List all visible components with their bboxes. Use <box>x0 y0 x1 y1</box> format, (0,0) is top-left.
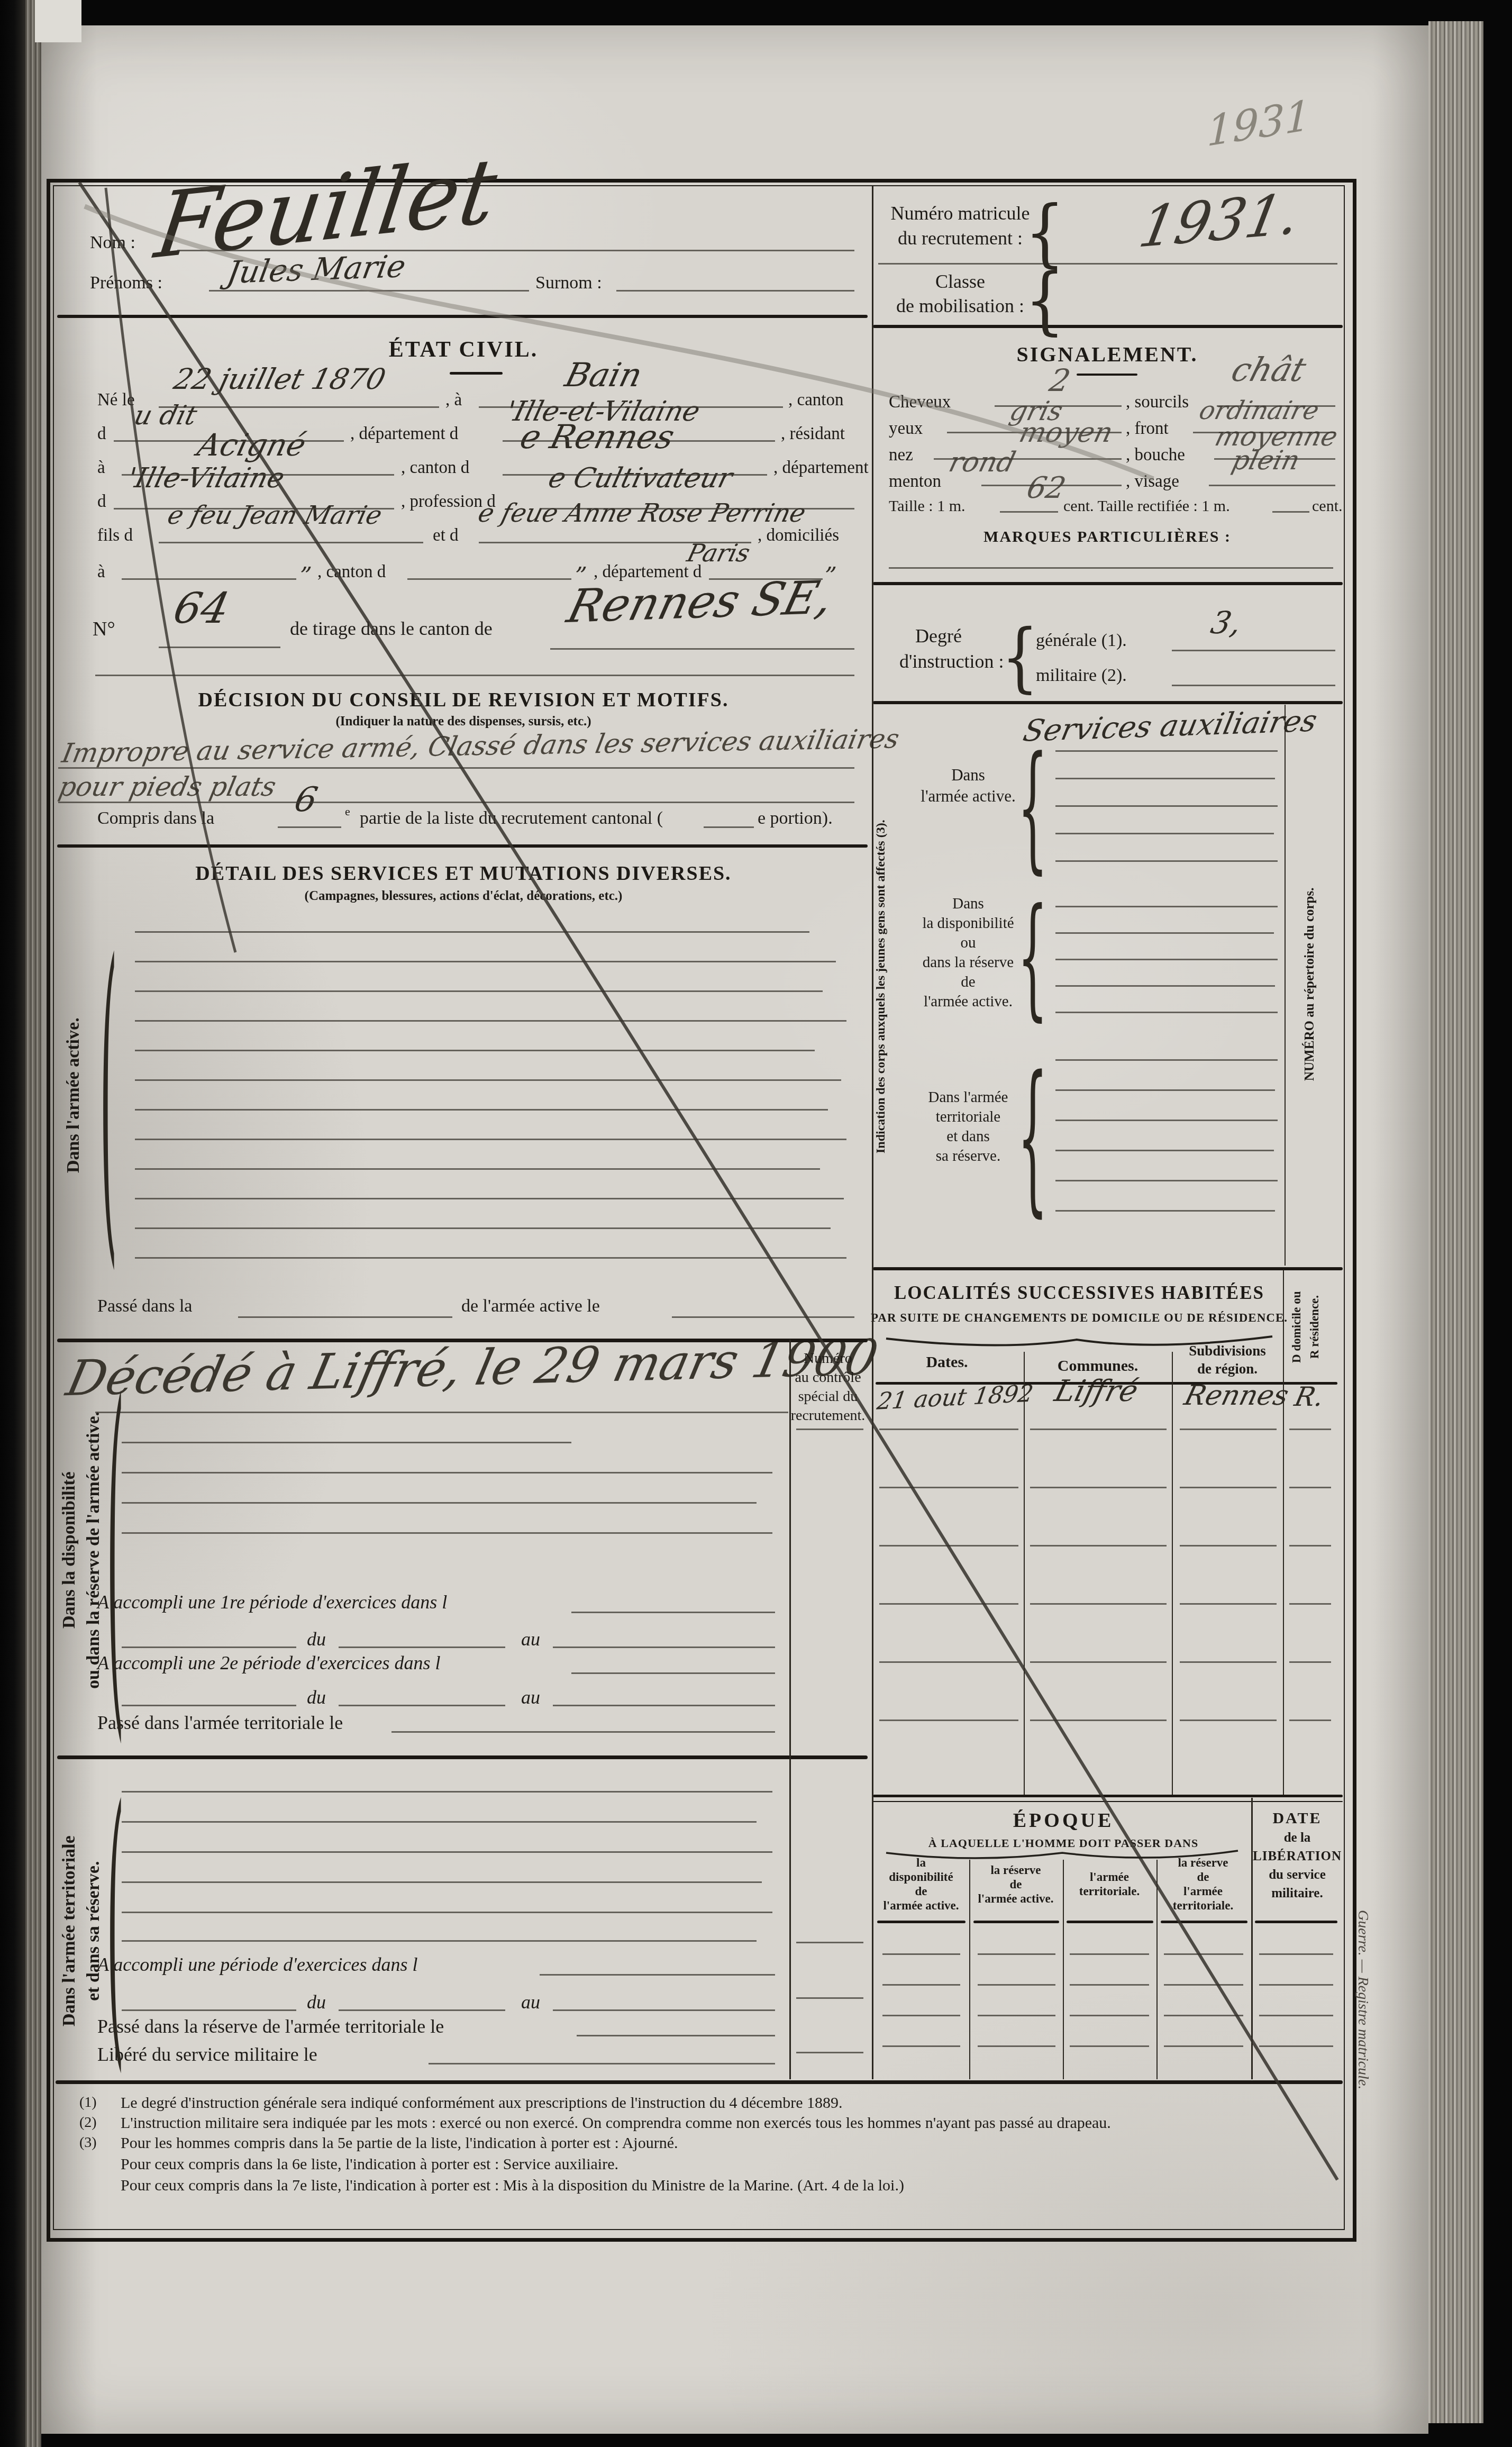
front-label: , front <box>1126 419 1169 439</box>
ruled-line <box>1180 1545 1277 1547</box>
ruled-line <box>407 578 571 580</box>
footnote-marker-2: (2) <box>79 2114 97 2131</box>
ruled-line <box>1259 2045 1333 2047</box>
yeux-label: yeux <box>889 419 923 439</box>
tirage-text: de tirage dans le canton de <box>290 618 493 639</box>
heavy-rule <box>57 844 868 848</box>
ruled-line <box>879 1487 1018 1488</box>
heavy-rule <box>873 325 1343 328</box>
residant-label: , résidant <box>781 424 845 444</box>
ruled-line <box>503 474 767 476</box>
ruled-line <box>278 826 341 828</box>
brace: { <box>1025 258 1065 343</box>
canton-label: , canton <box>788 390 843 410</box>
ruled-line <box>934 458 1122 460</box>
underlying-page-corner <box>35 0 81 42</box>
heavy-rule <box>1077 374 1137 376</box>
ruled-line <box>981 485 1122 486</box>
departement2-label: , département <box>773 458 869 478</box>
ruled-line <box>796 1429 863 1430</box>
column-divider <box>1063 1860 1064 2079</box>
ruled-line <box>1030 1545 1167 1547</box>
ruled-line <box>796 1942 863 1943</box>
localites-col-subdiv1: Subdivisions <box>1189 1343 1266 1359</box>
ruled-line <box>1055 985 1275 987</box>
epoque-c2-l3: l'armée active. <box>978 1892 1053 1906</box>
ruled-line <box>1259 2015 1333 2016</box>
ruled-line <box>135 990 823 992</box>
ruled-line <box>1259 1953 1333 1955</box>
ruled-line <box>95 1412 788 1413</box>
handwritten-front: ordinaire <box>1197 398 1322 423</box>
heavy-rule <box>1255 1921 1337 1923</box>
ruled-line <box>1055 932 1274 934</box>
ruled-line <box>889 567 1333 569</box>
ruled-line <box>159 647 280 648</box>
ruled-line <box>796 2052 863 2053</box>
ruled-line <box>540 508 854 510</box>
ruled-line <box>879 1429 1018 1430</box>
ruled-line <box>1172 685 1335 686</box>
handwritten-birth-date: 22 juillet 1870 <box>171 365 388 394</box>
ruled-line <box>122 2009 296 2011</box>
brace: { <box>1017 726 1048 887</box>
compris-label-1: Compris dans la <box>97 808 214 829</box>
ruled-line <box>122 1502 757 1504</box>
libere-label: Libéré du service militaire le <box>97 2044 317 2065</box>
footnote-3: Pour les hommes compris dans la 5e parti… <box>121 2134 678 2152</box>
ruled-line <box>577 2035 775 2036</box>
et-d-label: et d <box>433 526 459 545</box>
ruled-line <box>339 1647 505 1648</box>
ruled-line <box>1180 1661 1277 1663</box>
ruled-line <box>135 1257 846 1259</box>
ruled-line <box>1055 1012 1278 1013</box>
heavy-rule <box>1161 1921 1247 1923</box>
ruled-line <box>550 648 854 650</box>
au-label-2: au <box>521 1687 540 1708</box>
ruled-line <box>672 1316 854 1318</box>
heavy-rule <box>1067 1921 1153 1923</box>
ruled-line <box>135 1198 844 1199</box>
ruled-line <box>978 1984 1055 1986</box>
epoque-c1-l1: la <box>916 1856 926 1870</box>
matricule-label: Numéro matricule <box>891 203 1030 224</box>
localites-row-commune: Liffré <box>1052 1377 1141 1406</box>
classe-label2: de mobilisation : <box>896 295 1024 316</box>
localites-col-dates: Dates. <box>926 1353 968 1371</box>
ruled-line <box>553 2009 775 2011</box>
corps-g2-line5: de <box>961 974 975 990</box>
ditto-mark2: „ <box>576 550 588 574</box>
periode3-label: A accompli une période d'exercices dans … <box>97 1954 418 1975</box>
ruled-line <box>209 290 529 292</box>
brace: ( <box>99 891 117 1299</box>
ruled-line <box>122 1821 757 1823</box>
localites-col-subdiv2: de région. <box>1197 1361 1258 1377</box>
ruled-line <box>1030 1429 1167 1430</box>
services-subtitle: (Campagnes, blessures, actions d'éclat, … <box>305 889 623 904</box>
localites-col-communes: Communes. <box>1058 1357 1138 1375</box>
degre-label-1: Degré <box>915 625 962 647</box>
ruled-line <box>122 1532 772 1534</box>
ruled-line <box>339 1705 505 1706</box>
epoque-c4-l3: l'armée <box>1183 1885 1223 1898</box>
corps-g2-line6: l'armée active. <box>924 993 1013 1010</box>
signalement-title: SIGNALEMENT. <box>1016 343 1198 367</box>
d2-label: d <box>97 492 106 512</box>
epoque-date-l5: militaire. <box>1271 1886 1323 1901</box>
ruled-line <box>1217 405 1335 407</box>
ruled-line <box>879 1545 1018 1547</box>
heavy-rule <box>57 315 868 318</box>
ruled-line <box>114 508 394 510</box>
localites-subtitle: PAR SUITE DE CHANGEMENTS DE DOMICILE OU … <box>871 1311 1288 1325</box>
au-label-1: au <box>521 1629 540 1650</box>
ruled-line <box>1030 1661 1167 1663</box>
passe-armee-active-label2: de l'armée active le <box>461 1296 600 1316</box>
epoque-c4-l4: territoriale. <box>1173 1899 1233 1913</box>
corps-g1-line1: Dans <box>951 766 985 785</box>
visage-label: , visage <box>1126 472 1179 492</box>
ruled-line <box>1214 458 1335 460</box>
ruled-line <box>1055 778 1275 779</box>
heavy-rule <box>873 1267 1343 1270</box>
section3-side-label-a: Dans l'armée territoriale <box>59 1799 79 2063</box>
marques-label: MARQUES PARTICULIÈRES : <box>983 528 1231 546</box>
ruled-line <box>882 2015 960 2016</box>
epoque-subtitle: À LAQUELLE L'HOMME DOIT PASSER DANS <box>928 1837 1198 1850</box>
ruled-line <box>177 250 854 251</box>
controle-label-1: Numéro <box>804 1350 852 1367</box>
column-divider <box>1024 1352 1025 1795</box>
ruled-line <box>1030 1720 1167 1721</box>
du-label-1: du <box>307 1629 326 1650</box>
localites-col-dr1: D domicile ou <box>1290 1274 1304 1380</box>
ruled-line <box>1289 1429 1331 1430</box>
nez-label: nez <box>889 445 913 465</box>
ruled-line <box>135 1109 828 1111</box>
canton-d2-label: , canton d <box>317 562 386 582</box>
brace: { <box>1001 613 1039 701</box>
ruled-line <box>882 2045 960 2047</box>
ruled-line <box>122 1851 772 1853</box>
handwritten-decision-2: pour pieds plats <box>57 774 278 800</box>
ruled-line <box>135 931 809 933</box>
cheveux-label: Cheveux <box>889 393 951 412</box>
decision-subtitle: (Indiquer la nature des dispenses, sursi… <box>335 714 591 729</box>
handwritten-taille: 62 <box>1024 474 1068 503</box>
ruled-line <box>1164 2015 1243 2016</box>
corps-g3-line4: sa réserve. <box>936 1148 1000 1165</box>
menton-label: menton <box>889 472 941 492</box>
handwritten-domicile-note: Paris <box>685 541 752 565</box>
ruled-line <box>1289 1545 1331 1547</box>
epoque-c2-l1: la réserve <box>990 1863 1041 1877</box>
heavy-rule <box>56 2080 1343 2084</box>
ruled-line <box>122 1647 296 1648</box>
ruled-line <box>1055 906 1278 907</box>
ruled-line <box>616 290 854 292</box>
epoque-c4-l2: de <box>1197 1870 1209 1884</box>
heavy-rule <box>57 1339 868 1342</box>
repertoire-side-label: NUMÉRO au répertoire du corps. <box>1302 847 1317 1122</box>
handwritten-given-names: Jules Marie <box>225 251 408 288</box>
ruled-line <box>1180 1720 1277 1721</box>
nom-label: Nom : <box>90 233 135 253</box>
margin-caption-guerre: Guerre. — Registre matricule. <box>1354 1815 1371 2185</box>
etat-civil-title: ÉTAT CIVIL. <box>389 338 539 362</box>
ruled-line <box>882 1984 960 1986</box>
ruled-line <box>1055 1210 1275 1212</box>
handwritten-residence-department: 'Ille-Vilaine <box>125 465 287 492</box>
ruled-line <box>122 1940 757 1942</box>
ruled-line <box>1289 1720 1331 1721</box>
heavy-rule <box>57 1755 868 1759</box>
sourcils-label: , sourcils <box>1126 393 1189 412</box>
ruled-line <box>978 2015 1055 2016</box>
column-divider <box>789 1340 791 2079</box>
corps-g3-line3: et dans <box>946 1128 989 1145</box>
ruled-line <box>1180 1487 1277 1488</box>
page-stack-left <box>25 0 41 2447</box>
epoque-date-l3: LIBÉRATION <box>1253 1849 1342 1864</box>
ruled-line <box>339 2009 505 2011</box>
fils-d-label: fils d <box>97 526 133 545</box>
compris-label-2: partie de la liste du recrutement canton… <box>360 808 663 829</box>
taille-label: Taille : 1 m. <box>889 497 966 515</box>
localites-title: LOCALITÉS SUCCESSIVES HABITÉES <box>894 1282 1264 1303</box>
ruled-line <box>95 675 854 676</box>
ruled-line <box>122 1472 772 1473</box>
column-divider <box>1251 1798 1253 2079</box>
ruled-line <box>540 1974 775 1976</box>
footnote-marker-3: (3) <box>79 2134 97 2151</box>
handwritten-visage: plein <box>1229 447 1302 474</box>
ruled-line <box>1055 1089 1275 1091</box>
tirage-no-label: N° <box>93 618 115 641</box>
ruled-line <box>1259 1984 1333 1986</box>
localites-col-dr2: R résidence. <box>1308 1274 1322 1380</box>
controle-label-3: spécial du <box>798 1388 858 1405</box>
ruled-line <box>1070 1984 1149 1986</box>
ruled-line <box>114 440 344 442</box>
a3-label: à <box>97 562 105 582</box>
ruled-line <box>159 406 439 408</box>
ruled-line <box>1070 1953 1149 1955</box>
ruled-line <box>1289 1661 1331 1663</box>
epoque-c1-l3: de <box>915 1885 927 1898</box>
ruled-line <box>122 1912 772 1913</box>
book-binding <box>0 0 25 2447</box>
column-divider <box>1156 1860 1158 2079</box>
ruled-line <box>1164 2045 1243 2047</box>
passe-territoriale-label: Passé dans l'armée territoriale le <box>97 1712 343 1733</box>
services-title: DÉTAIL DES SERVICES ET MUTATIONS DIVERSE… <box>195 862 731 885</box>
brace: ( <box>106 1324 124 1776</box>
ruled-line <box>391 1731 775 1733</box>
ruled-line <box>704 826 754 828</box>
ruled-line <box>879 1661 1018 1663</box>
ruled-line <box>429 2063 775 2064</box>
ruled-line <box>1055 959 1278 960</box>
heavy-rule <box>876 1382 1337 1385</box>
heavy-rule <box>973 1921 1059 1923</box>
footnote-4: Pour ceux compris dans la 6e liste, l'in… <box>121 2155 618 2173</box>
epoque-c1-l4: l'armée active. <box>883 1899 959 1913</box>
brace: { <box>1017 1041 1048 1233</box>
ruled-line <box>995 405 1122 407</box>
handwritten-tirage-number: 64 <box>170 587 233 630</box>
ruled-line <box>978 1953 1055 1955</box>
ruled-line <box>1272 511 1309 513</box>
ruled-line <box>58 767 854 769</box>
ruled-line <box>1030 1603 1167 1605</box>
brace: { <box>1017 879 1048 1034</box>
heavy-rule <box>873 1795 1343 1797</box>
a2-label: à <box>97 458 105 478</box>
ruled-line <box>58 802 854 803</box>
handwritten-tirage-canton: Rennes SE, <box>563 575 837 630</box>
militaire-label: militaire (2). <box>1036 666 1127 686</box>
ruled-line <box>1172 650 1335 651</box>
passe-reserve-territoriale-label: Passé dans la réserve de l'armée territo… <box>97 2016 444 2037</box>
handwritten-residence-canton: e Rennes <box>517 421 678 453</box>
canton-d-label: , canton d <box>401 458 469 478</box>
ruled-line <box>1055 860 1278 862</box>
ruled-line <box>1070 2015 1149 2016</box>
ruled-line <box>135 1020 846 1022</box>
localites-row-dr: R. <box>1292 1384 1326 1410</box>
generale-label: générale (1). <box>1036 631 1127 651</box>
heavy-rule <box>873 1801 1343 1802</box>
ne-le-label: Né le <box>97 390 135 410</box>
ruled-line <box>122 1881 762 1883</box>
corps-g2-line4: dans la réserve <box>923 954 1014 971</box>
footnote-marker-1: (1) <box>79 2094 97 2111</box>
epoque-date-l1: DATE <box>1272 1809 1322 1827</box>
d-label: d <box>97 424 106 444</box>
du-label-3: du <box>307 1991 326 2013</box>
ruled-line <box>122 1705 296 1706</box>
handwritten-birth-place: Bain <box>562 359 645 392</box>
epoque-c1-l2: disponibilité <box>889 1870 953 1884</box>
ruled-line <box>503 440 775 442</box>
corps-g1-line2: l'armée active. <box>921 787 1015 806</box>
ruled-line <box>159 542 423 543</box>
ruled-line <box>1193 432 1335 433</box>
corps-side-label: Indication des corps auxquels les jeunes… <box>874 714 888 1259</box>
ruled-line <box>1289 1603 1331 1605</box>
epoque-title: ÉPOQUE <box>1013 1809 1114 1832</box>
ruled-line <box>1055 750 1278 752</box>
ruled-line <box>1164 1953 1243 1955</box>
departement-label: , département d <box>350 424 458 444</box>
epoque-c3-l1: l'armée <box>1090 1870 1129 1884</box>
periode2-label: A accompli une 2e période d'exercices da… <box>97 1652 441 1673</box>
controle-label-2: au contrôle <box>795 1369 861 1386</box>
corps-g2-line1: Dans <box>952 895 984 912</box>
ruled-line <box>1180 1429 1277 1430</box>
handwritten-sourcils: chât <box>1228 353 1309 386</box>
ruled-line <box>479 406 783 408</box>
ruled-line <box>978 2045 1055 2047</box>
column-divider <box>969 1860 970 2079</box>
brace: ( <box>106 1746 124 2099</box>
ruled-line <box>879 1603 1018 1605</box>
heavy-rule <box>873 582 1343 585</box>
ruled-line <box>1289 1487 1331 1488</box>
taille-label-3: cent. <box>1312 497 1342 515</box>
ruled-line <box>709 578 823 580</box>
ruled-line <box>122 474 394 476</box>
ruled-line <box>122 578 296 580</box>
ruled-line <box>796 1997 863 1999</box>
ruled-line <box>238 1316 452 1318</box>
footnote-5: Pour ceux compris dans la 7e liste, l'in… <box>121 2177 904 2195</box>
footnote-1: Le degré d'instruction générale sera ind… <box>121 2094 843 2112</box>
footnote-2: L'instruction militaire sera indiquée pa… <box>121 2114 1111 2132</box>
column-divider <box>872 186 873 2079</box>
column-divider <box>1283 1270 1284 1795</box>
ruled-line <box>1070 2045 1149 2047</box>
ruled-line <box>1055 833 1274 834</box>
heavy-rule <box>450 372 503 375</box>
ruled-line <box>135 1139 846 1140</box>
ruled-line <box>1209 485 1335 486</box>
a-label: , à <box>445 390 462 410</box>
epoque-date-l2: de la <box>1284 1831 1311 1845</box>
ruled-line <box>1055 805 1278 807</box>
handwritten-mother: e feue Anne Rose Perrine <box>476 501 808 526</box>
handwritten-matricule-number: 1931. <box>1135 186 1304 256</box>
ruled-line <box>135 1227 831 1229</box>
ruled-line <box>1030 1487 1167 1488</box>
ruled-line <box>882 1953 960 1955</box>
handwritten-father: e feu Jean Marie <box>165 503 385 528</box>
section2-side-label-b: ou dans la réserve de l'armée active. <box>84 1354 104 1746</box>
decision-title: DÉCISION DU CONSEIL DE REVISION ET MOTIF… <box>198 689 729 712</box>
section1-side-label: Dans l'armée active. <box>63 963 84 1227</box>
epoque-c4-l1: la réserve <box>1178 1856 1228 1870</box>
epoque-c2-l2: de <box>1010 1878 1022 1891</box>
ruled-line <box>135 1050 815 1051</box>
page-stack-right <box>1428 21 1483 2423</box>
matricule-label2: du recrutement : <box>898 228 1023 249</box>
ruled-line <box>947 432 1122 433</box>
handwritten-residence: Acigné <box>195 430 309 460</box>
corps-g2-line2: la disponibilité <box>922 915 1014 932</box>
corps-g3-line2: territoriale <box>936 1108 1000 1125</box>
degre-label-2: d'instruction : <box>899 651 1004 672</box>
ruled-line <box>878 263 1337 265</box>
ruled-line <box>1180 1603 1277 1605</box>
heavy-rule <box>877 1921 966 1923</box>
ditto-mark: „ <box>300 550 313 574</box>
ruled-line <box>571 1672 775 1674</box>
localites-row-subdivision: Rennes <box>1182 1382 1291 1409</box>
surnom-label: Surnom : <box>535 273 602 293</box>
epoque-date-l4: du service <box>1269 1868 1326 1882</box>
taille-label-2: cent. Taille rectifiée : 1 m. <box>1063 497 1230 515</box>
heavy-rule <box>873 701 1343 704</box>
ruled-line <box>1055 1059 1278 1061</box>
ruled-line <box>1055 1180 1278 1181</box>
ditto-mark3: „ <box>825 550 837 574</box>
ruled-line <box>553 1705 775 1706</box>
ruled-line <box>135 1079 841 1081</box>
column-divider <box>1172 1352 1173 1795</box>
